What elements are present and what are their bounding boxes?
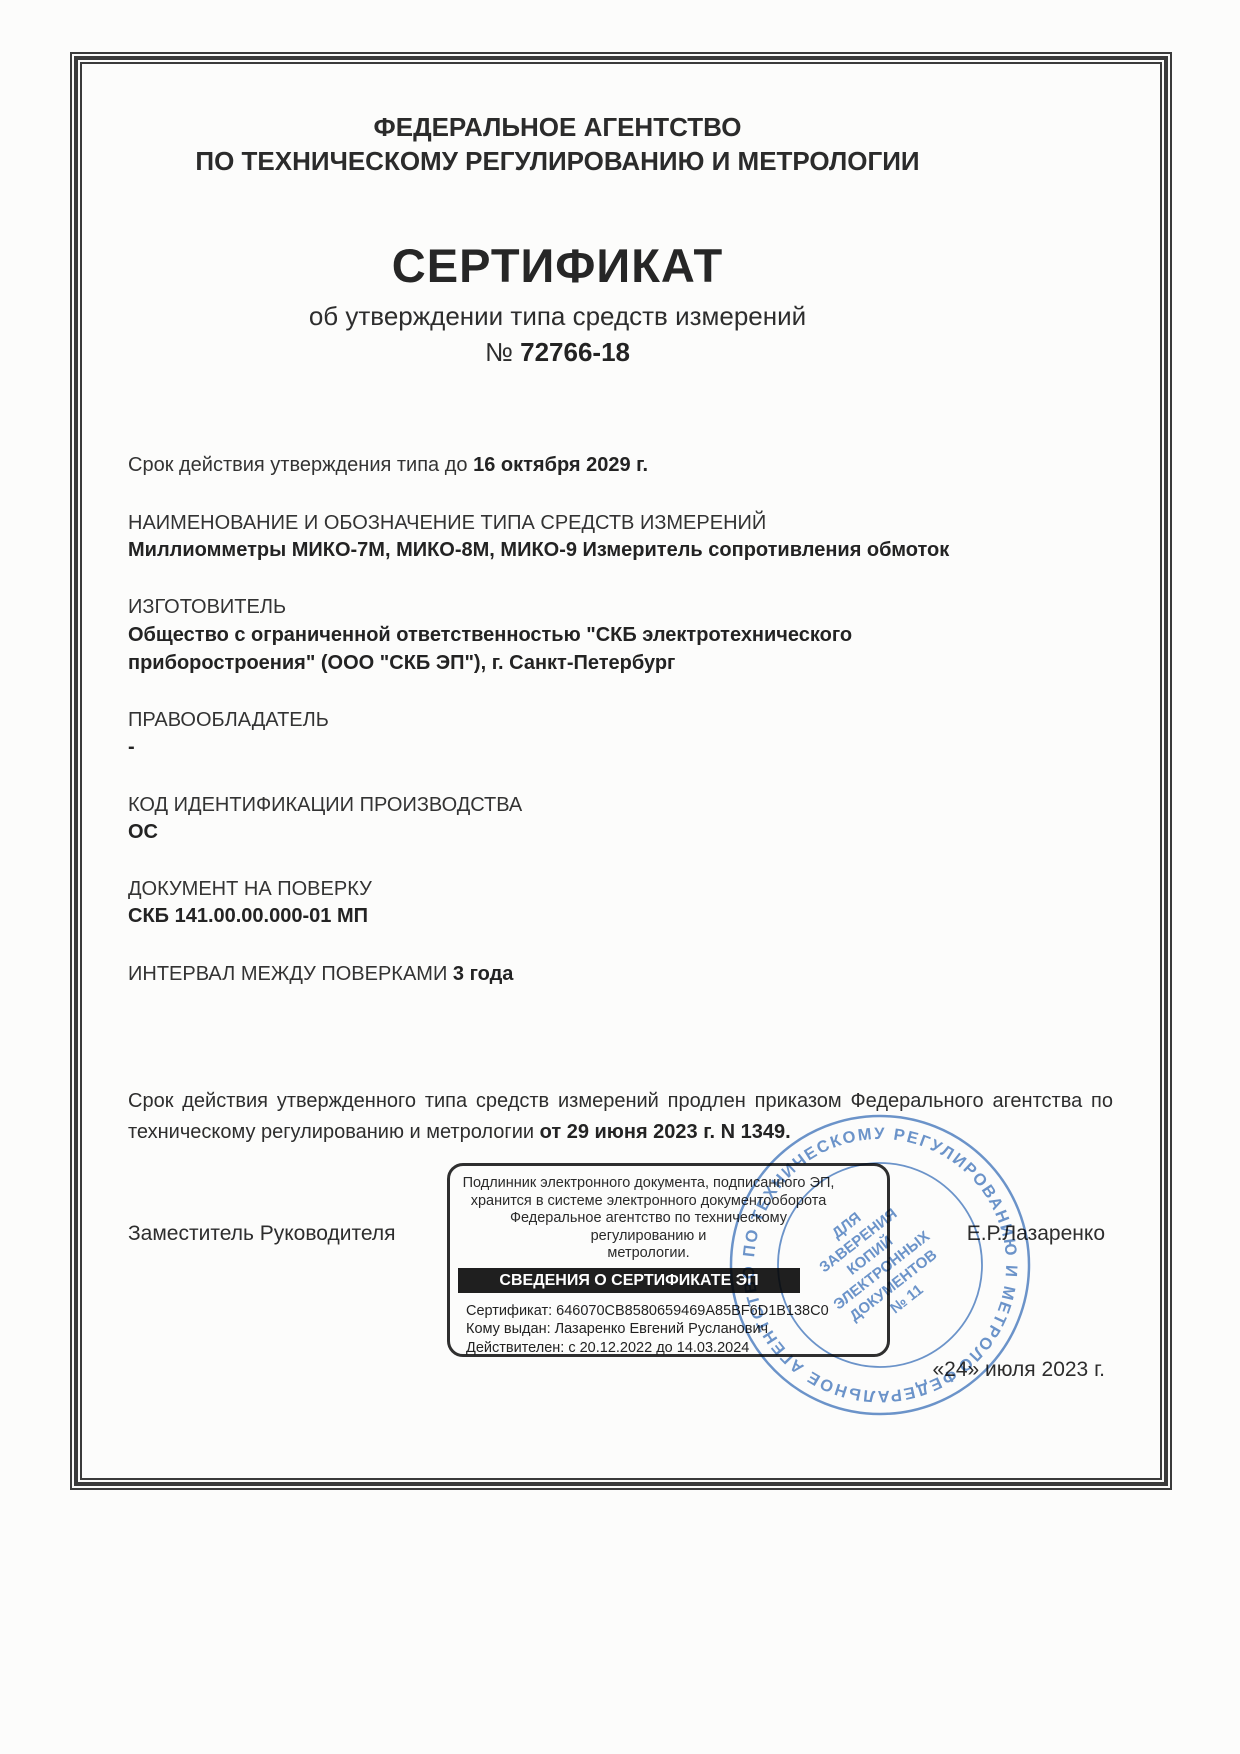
agency-header: ФЕДЕРАЛЬНОЕ АГЕНТСТВО ПО ТЕХНИЧЕСКОМУ РЕ… bbox=[130, 110, 985, 178]
esignature-box: Подлинник электронного документа, подпис… bbox=[447, 1163, 890, 1357]
prolongation-order-ref: от 29 июня 2023 г. N 1349. bbox=[540, 1121, 791, 1143]
esignature-note-line2: хранится в системе электронного документ… bbox=[460, 1193, 837, 1211]
field-validity-value: 16 октября 2029 г. bbox=[473, 454, 648, 476]
document-number-prefix: № bbox=[485, 337, 513, 367]
field-name-type-label: НАИМЕНОВАНИЕ И ОБОЗНАЧЕНИЕ ТИПА СРЕДСТВ … bbox=[128, 510, 766, 537]
esignature-note: Подлинник электронного документа, подпис… bbox=[460, 1175, 837, 1263]
field-manufacturer-value: Общество с ограниченной ответственностью… bbox=[128, 621, 928, 677]
certificate-document: ФЕДЕРАЛЬНОЕ АГЕНТСТВО ПО ТЕХНИЧЕСКОМУ РЕ… bbox=[0, 0, 1240, 1754]
field-manufacturer-label: ИЗГОТОВИТЕЛЬ bbox=[128, 594, 286, 621]
esignature-bar-title: СВЕДЕНИЯ О СЕРТИФИКАТЕ ЭП bbox=[458, 1268, 800, 1293]
esignature-cert-line: Сертификат: 646070CB8580659469A85BF6D1B1… bbox=[466, 1302, 887, 1321]
esignature-note-line3: Федеральное агентство по техническому ре… bbox=[460, 1210, 837, 1245]
document-number-value: 72766-18 bbox=[520, 337, 630, 367]
agency-name-line2: ПО ТЕХНИЧЕСКОМУ РЕГУЛИРОВАНИЮ И МЕТРОЛОГ… bbox=[130, 144, 985, 178]
esignature-issued-line: Кому выдан: Лазаренко Евгений Русланович bbox=[466, 1320, 887, 1339]
field-production-code-label: КОД ИДЕНТИФИКАЦИИ ПРОИЗВОДСТВА bbox=[128, 792, 522, 819]
field-rights-holder-label: ПРАВООБЛАДАТЕЛЬ bbox=[128, 707, 329, 734]
esignature-details: Сертификат: 646070CB8580659469A85BF6D1B1… bbox=[466, 1302, 887, 1358]
signer-position: Заместитель Руководителя bbox=[128, 1222, 395, 1246]
esignature-note-line4: метрологии. bbox=[460, 1245, 837, 1263]
field-verification-doc-value: СКБ 141.00.00.000-01 МП bbox=[128, 903, 368, 930]
esignature-note-line1: Подлинник электронного документа, подпис… bbox=[460, 1175, 837, 1193]
document-number: № 72766-18 bbox=[130, 337, 985, 368]
agency-name-line1: ФЕДЕРАЛЬНОЕ АГЕНТСТВО bbox=[130, 110, 985, 144]
field-verification-interval-value: 3 года bbox=[453, 963, 514, 985]
esignature-valid-line: Действителен: с 20.12.2022 до 14.03.2024 bbox=[466, 1339, 887, 1358]
document-subtitle: об утверждении типа средств измерений bbox=[130, 301, 985, 332]
signer-name: Е.Р.Лазаренко bbox=[967, 1222, 1105, 1246]
field-name-type-value: Миллиомметры МИКО-7М, МИКО-8М, МИКО-9 Из… bbox=[128, 537, 1128, 564]
document-title: СЕРТИФИКАТ bbox=[130, 238, 985, 293]
field-production-code-value: ОС bbox=[128, 819, 158, 846]
signature-date: «24» июля 2023 г. bbox=[932, 1358, 1105, 1382]
field-verification-interval-label: ИНТЕРВАЛ МЕЖДУ ПОВЕРКАМИ bbox=[128, 963, 447, 985]
field-verification-interval: ИНТЕРВАЛ МЕЖДУ ПОВЕРКАМИ 3 года bbox=[128, 961, 513, 988]
field-validity-label: Срок действия утверждения типа до bbox=[128, 454, 468, 476]
field-validity: Срок действия утверждения типа до 16 окт… bbox=[128, 452, 648, 479]
field-rights-holder-value: - bbox=[128, 734, 135, 761]
prolongation-paragraph: Срок действия утвержденного типа средств… bbox=[128, 1086, 1113, 1148]
field-verification-doc-label: ДОКУМЕНТ НА ПОВЕРКУ bbox=[128, 876, 372, 903]
